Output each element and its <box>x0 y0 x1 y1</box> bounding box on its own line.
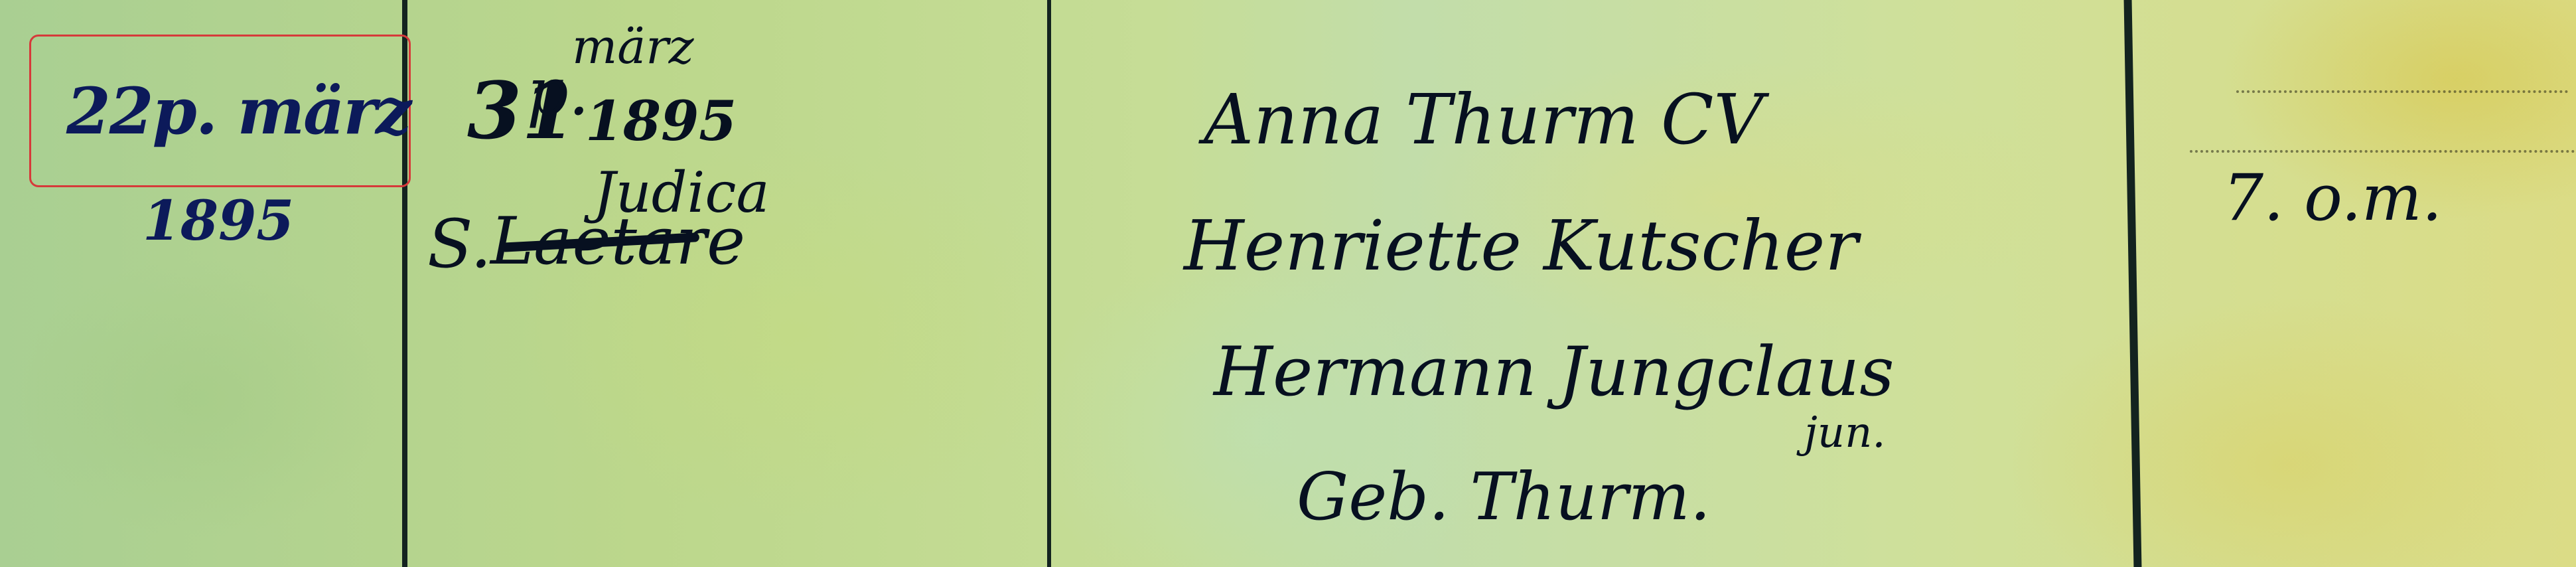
name-line-3: Hermann Jungclaus <box>1214 339 1895 406</box>
name-line-4: Geb. Thurm. <box>1297 465 1711 530</box>
column-names: Anna Thurm CV Henriette Kutscher Hermann… <box>1051 0 2129 567</box>
date-month: märz <box>572 23 694 70</box>
column-note: 7. o.m. <box>2137 0 2576 567</box>
name-line-2: Henriette Kutscher <box>1184 211 1858 280</box>
note-text: 7. o.m. <box>2223 166 2442 230</box>
name-line-1: Anna Thurm CV <box>1204 85 1764 154</box>
sunday-abbrev: S. <box>427 211 492 278</box>
date-year: 1895 <box>585 94 737 149</box>
register-page: 22p. märz 1895 31 p. märz 1895 Judica S.… <box>0 0 2576 567</box>
column-date-2: 31 p. märz 1895 Judica S. Laetare <box>407 0 1047 567</box>
column-date-1: 22p. märz 1895 <box>0 0 402 567</box>
date-day-month: 22p. märz <box>66 80 410 143</box>
date-year: 1895 <box>143 194 294 248</box>
name-line-3-suffix: jun. <box>1804 412 1886 454</box>
